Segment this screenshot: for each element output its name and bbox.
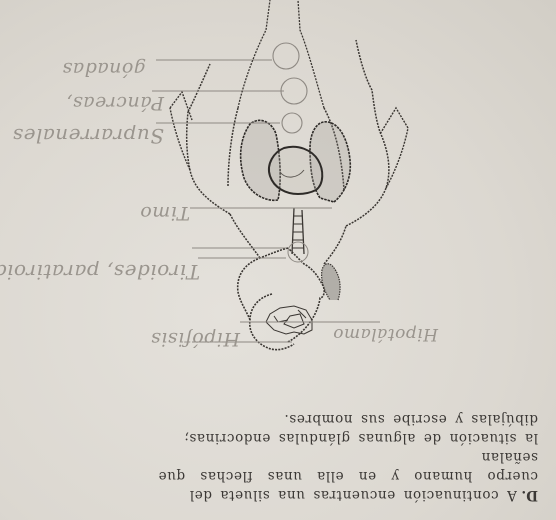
torso-outline (187, 40, 389, 226)
textbook-page-photo: D.A continuación encuentras una silueta … (0, 0, 556, 520)
label-hypothalamus: Hipotálamo (333, 324, 438, 344)
label-thymus: Timo (140, 202, 190, 224)
pancreas-marker-circle (281, 78, 307, 104)
heart (269, 147, 322, 194)
pointer-lines (152, 60, 380, 342)
gland-marker-circles (273, 43, 307, 133)
trachea (292, 208, 304, 254)
brain-hypophysis-detail (266, 306, 312, 334)
head-outline (238, 248, 324, 350)
label-thyroid-parathyroid: Tiroides, paratiroides (0, 260, 200, 284)
label-adrenal: Suprarrenales (12, 124, 164, 148)
gonad-marker-circle (273, 43, 299, 69)
neck-outline (230, 214, 346, 264)
label-pancreas: Páncreas, (66, 92, 164, 114)
label-gonads: gónadas (62, 58, 146, 80)
label-hypophysis: Hipófisis (151, 328, 240, 350)
adrenal-marker-circle (282, 113, 302, 133)
